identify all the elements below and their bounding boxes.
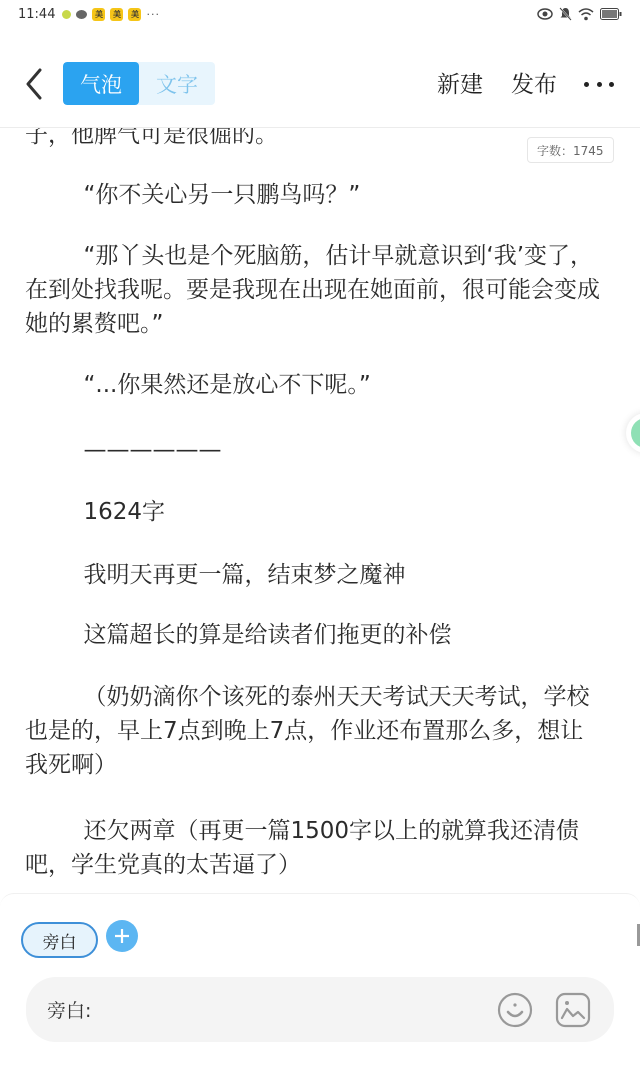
paragraph[interactable]: ——————: [25, 433, 605, 467]
chat-bubble-icon: [631, 418, 640, 448]
app-bar: 气泡 文字 新建 发布: [0, 54, 640, 114]
paragraph[interactable]: 这篇超长的算是给读者们拖更的补偿: [25, 618, 605, 652]
dot-icon: [609, 82, 614, 87]
new-button[interactable]: 新建: [437, 66, 483, 99]
more-notifications-icon: ···: [146, 8, 160, 21]
input-panel: 旁白 旁白:: [0, 893, 640, 1067]
mode-toggle: 气泡 文字: [63, 62, 215, 105]
image-button[interactable]: [554, 991, 592, 1029]
tab-bubble[interactable]: 气泡: [63, 62, 139, 105]
app-notification-icon: [62, 10, 71, 19]
paragraph[interactable]: 我明天再更一篇，结束梦之魔神: [25, 558, 605, 592]
floating-chat-button[interactable]: [626, 413, 640, 453]
add-role-button[interactable]: [106, 920, 138, 952]
eye-icon: [537, 8, 553, 20]
paragraph[interactable]: 还欠两章（再更一篇1500字以上的就算我还清债吧，学生党真的太苦逼了）: [25, 814, 605, 882]
status-bar: 11:44 美 美 美 ···: [0, 0, 640, 28]
emoji-button[interactable]: [496, 991, 534, 1029]
paragraph[interactable]: “你不关心另一只鹏鸟吗？”: [25, 178, 605, 212]
notification-badge-icon: 美: [128, 8, 141, 21]
smiley-icon: [497, 992, 533, 1028]
paragraph[interactable]: “那丫头也是个死脑筋，估计早就意识到‘我’变了，在到处找我呢。要是我现在出现在她…: [25, 239, 605, 341]
image-icon: [555, 992, 591, 1028]
notification-badge-icon: 美: [110, 8, 123, 21]
input-role-label: 旁白:: [47, 996, 91, 1023]
notification-badge-icon: 美: [92, 8, 105, 21]
dot-icon: [597, 82, 602, 87]
wifi-icon: [578, 8, 594, 21]
battery-icon: [600, 8, 622, 20]
plus-icon: [114, 928, 130, 944]
tab-text[interactable]: 文字: [139, 62, 215, 105]
back-button[interactable]: [18, 64, 50, 104]
role-chip-narrator[interactable]: 旁白: [21, 922, 98, 958]
paragraph[interactable]: 子，他脾气可是很倔的。: [25, 128, 605, 152]
editor-content[interactable]: 子，他脾气可是很倔的。 字数：1745 “你不关心另一只鹏鸟吗？” “那丫头也是…: [0, 128, 640, 890]
more-options-button[interactable]: [584, 74, 614, 94]
dot-icon: [584, 82, 589, 87]
message-input-box: 旁白:: [26, 977, 614, 1042]
paragraph[interactable]: “...你果然还是放心不下呢。”: [25, 368, 605, 402]
word-count-badge: 字数：1745: [527, 137, 614, 163]
mute-bell-icon: [559, 7, 572, 21]
publish-button[interactable]: 发布: [511, 66, 557, 99]
paragraph[interactable]: 1624字: [25, 495, 605, 529]
paragraph[interactable]: （奶奶滴你个该死的泰州天天考试天天考试，学校也是的，早上7点到晚上7点，作业还布…: [25, 680, 605, 782]
wechat-icon: [76, 10, 87, 19]
status-time: 11:44: [18, 7, 55, 22]
message-input[interactable]: [91, 977, 496, 1042]
chevron-left-icon: [24, 68, 44, 100]
